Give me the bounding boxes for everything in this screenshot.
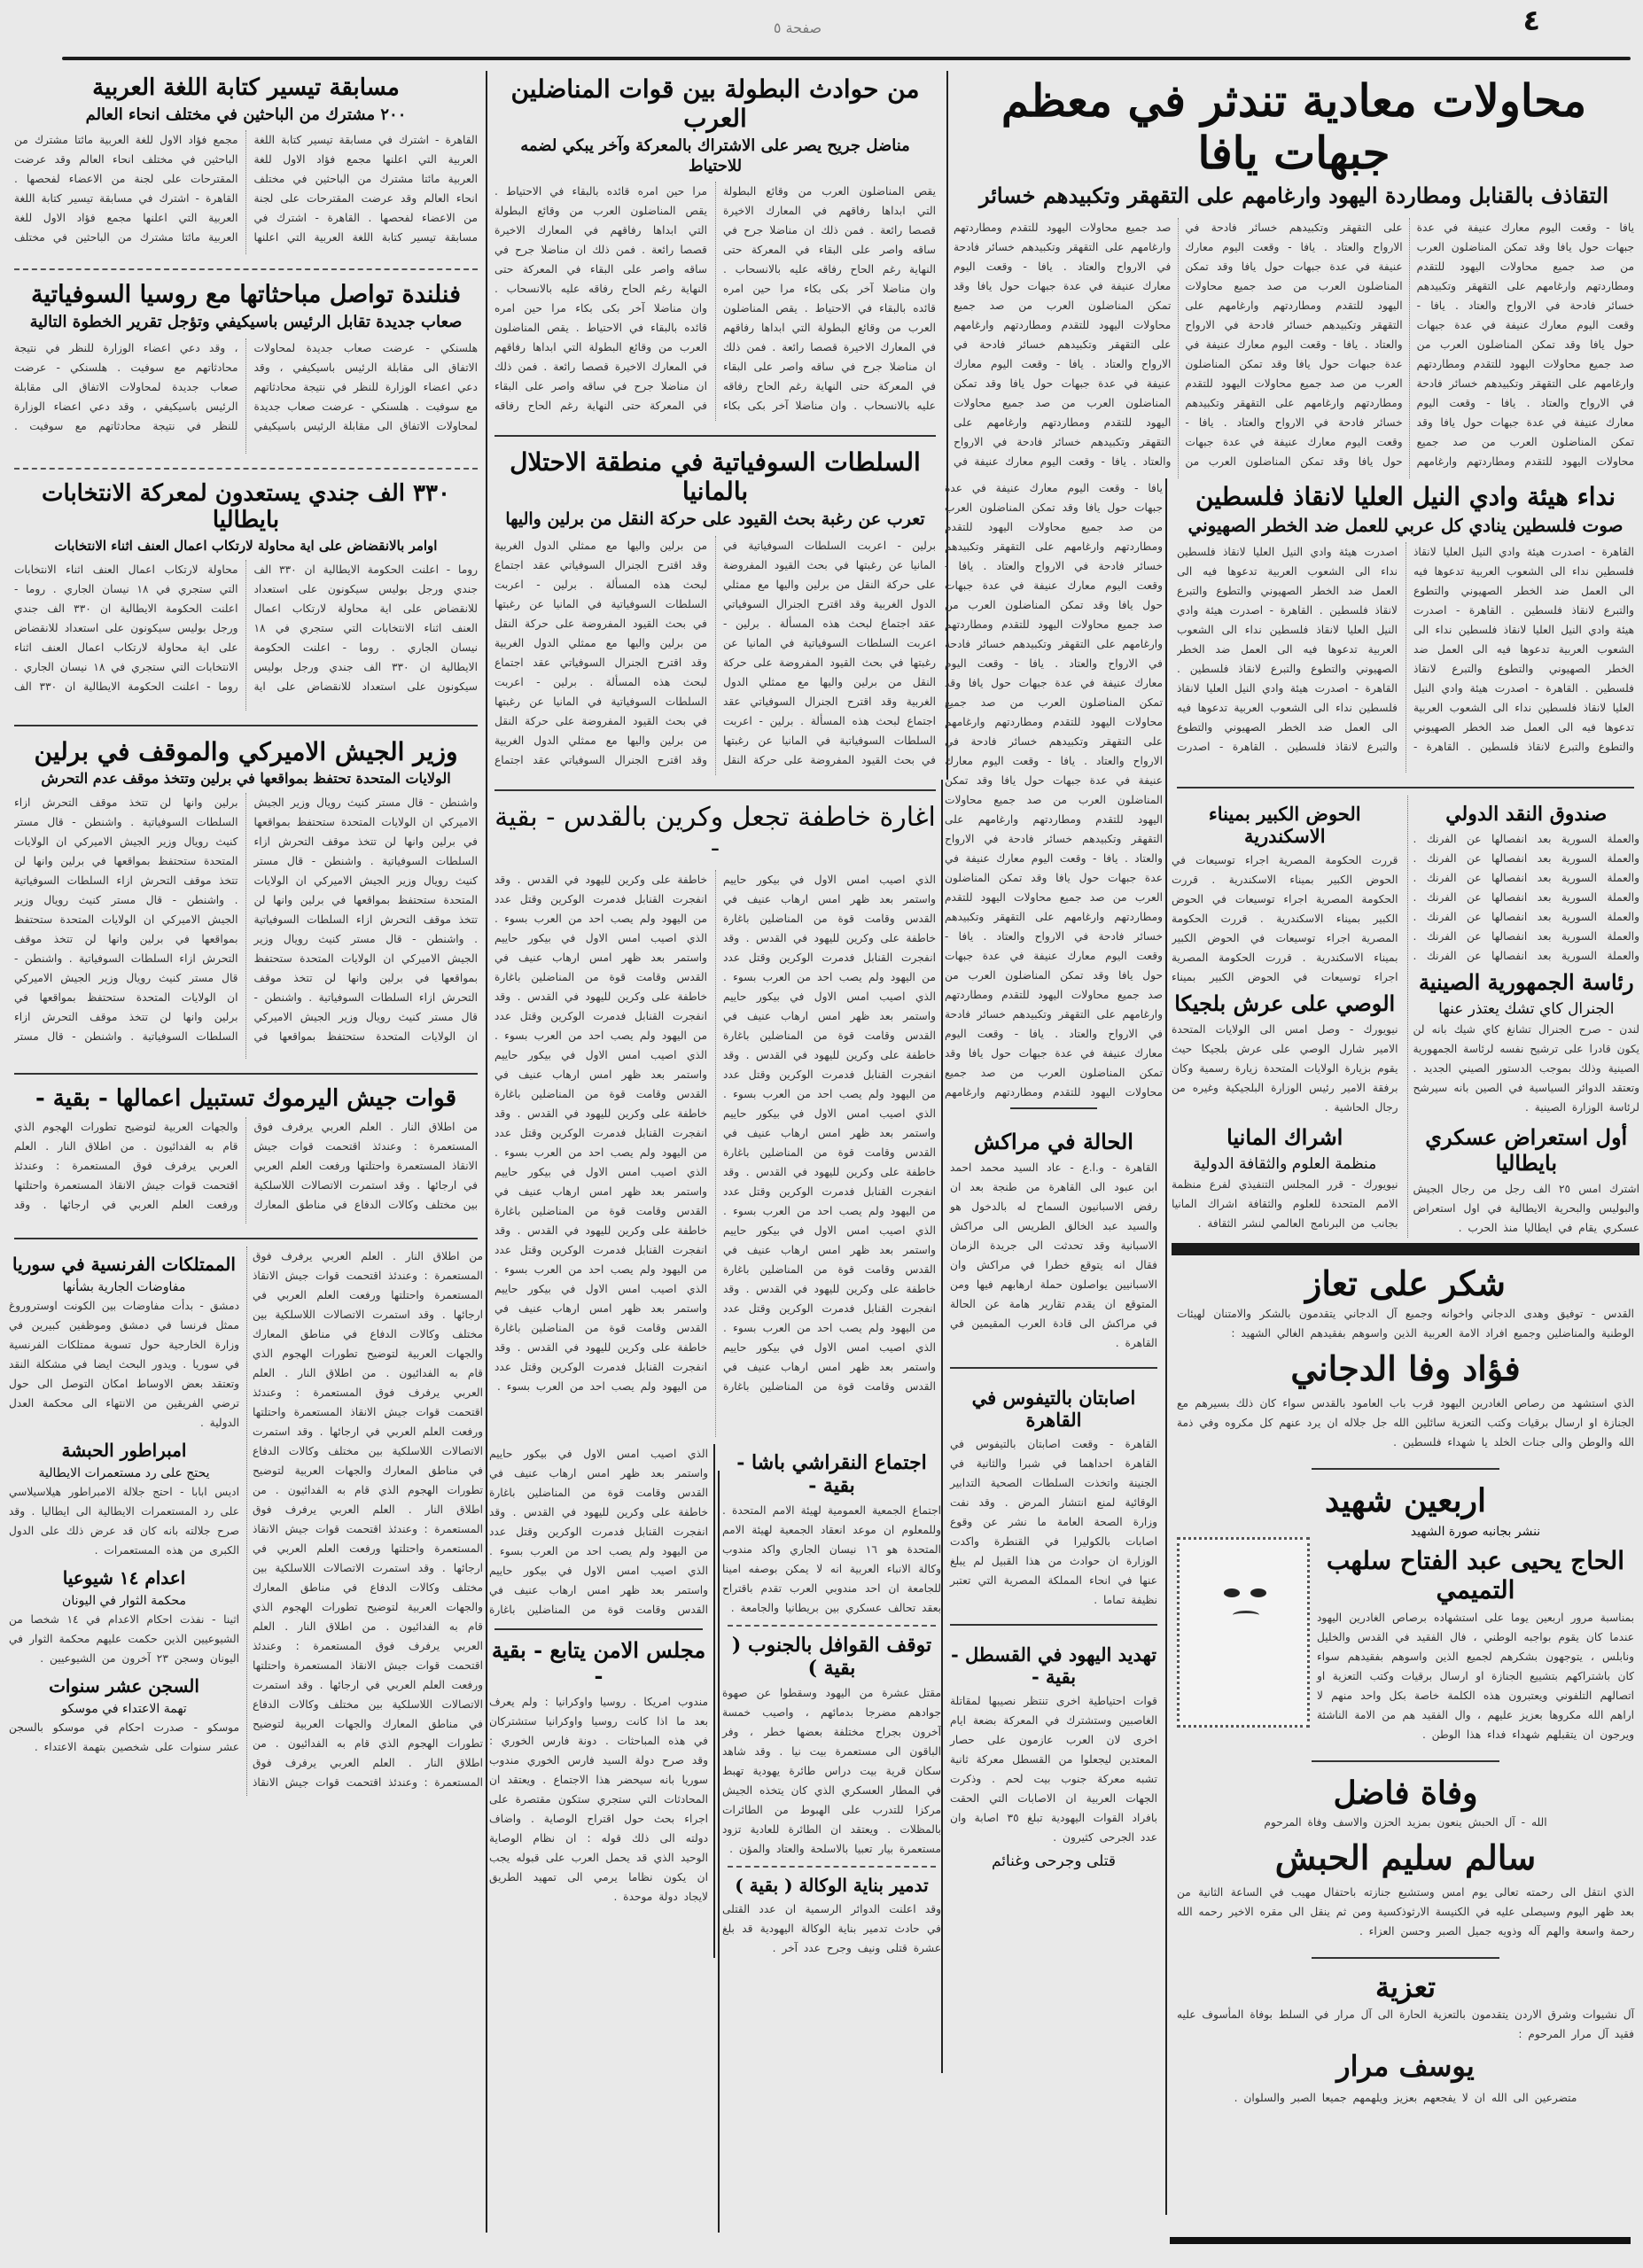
- ethiopia-subheadline: يحتج على رد مستعمرات الايطالية: [9, 1466, 239, 1480]
- article-finland: فنلندة تواصل مباحثاتها مع روسيا السوفيات…: [9, 277, 483, 460]
- china-subheadline: الجنرال كاي تشك يعتذر عنها: [1413, 1000, 1640, 1018]
- agency-body: وقد اعلنت الدوائر الرسمية ان عدد القتلى …: [722, 1899, 941, 1958]
- lead-continuation-body: يافا - وقعت اليوم معارك عنيفة في عدة جبه…: [945, 478, 1163, 1099]
- middle-column: من حوادث البطولة بين قوات المناضلين العر…: [489, 71, 941, 2233]
- notice-divider-bar: [1172, 1243, 1639, 1255]
- article-convoys: توقف القوافل بالجنوب ( بقية ) مقتل عشرة …: [722, 1634, 941, 1859]
- divider: [1312, 1760, 1499, 1762]
- heroism-body: يقص المناضلون العرب من وقائع البطولة الت…: [494, 182, 936, 421]
- nuqrashi-headline: اجتماع النقراشي باشا - بقية -: [722, 1451, 941, 1497]
- writing-body: القاهرة - اشترك في مسابقة تيسير كتابة ال…: [14, 130, 478, 254]
- article-nile-appeal: نداء هيئة وادي النيل العليا لانقاذ فلسطي…: [1172, 478, 1639, 780]
- marrakesh-headline: الحالة في مراكش: [950, 1129, 1157, 1154]
- divider: [728, 1866, 936, 1868]
- article-ten-years: السجن عشر سنوات تهمة الاعتداء في موسكو م…: [9, 1675, 239, 1757]
- article-security-council: مجلس الامن يتابع - بقية - مندوب امريكا .…: [489, 1637, 708, 1907]
- berlin-subheadline: الولايات المتحدة تحتفظ بمواقعها في برلين…: [14, 770, 478, 788]
- germany-subheadline: منظمة العلوم والثقافة الدولية: [1172, 1155, 1398, 1173]
- divider: [1010, 1107, 1097, 1109]
- article-executions: اعدام ١٤ شيوعيا محكمة الثوار في اليونان …: [9, 1567, 239, 1668]
- death-headline: وفاة فاضل: [1177, 1775, 1634, 1812]
- ten-years-subheadline: تهمة الاعتداء في موسكو: [9, 1702, 239, 1716]
- right-lead-column: محاولات معادية تندثر في معظم جبهات يافا …: [948, 71, 1639, 478]
- finland-headline: فنلندة تواصل مباحثاتها مع روسيا السوفيات…: [14, 281, 478, 309]
- executions-headline: اعدام ١٤ شيوعيا: [9, 1567, 239, 1588]
- bottom-rule: [1170, 2237, 1631, 2244]
- parade-body: اشترك امس ٢٥ الف رجل من رجال الجيش والبو…: [1413, 1179, 1640, 1238]
- divider: [950, 1624, 1157, 1626]
- masthead-rule: [62, 57, 1631, 60]
- berlin-body: واشنطن - قال مستر كنيث رويال وزير الجيش …: [14, 793, 478, 1059]
- elections-body: روما - اعلنت الحكومة الايطالية ان ٣٣٠ ال…: [14, 560, 478, 711]
- death-name: سالم سليم الحبش: [1177, 1837, 1634, 1877]
- divider: [494, 789, 936, 791]
- berlin-headline: وزير الجيش الاميركي والموقف في برلين: [14, 737, 478, 766]
- middle-lower-grid: اجتماع النقراشي باشا - بقية - اجتماع الج…: [489, 1444, 941, 1958]
- china-body: لندن - صرح الجنرال تشانغ كاي شيك بانه لن…: [1413, 1020, 1640, 1117]
- short-news-grid: صندوق النقد الدولي والعملة السورية بعد ا…: [1172, 796, 1639, 1238]
- qastal-body: قوات احتياطية اخرى تنتظر نصيبها لمقاتلة …: [950, 1691, 1157, 1847]
- condolence-name: يوسف مرار: [1177, 2049, 1634, 2083]
- article-heroism: من حوادث البطولة بين قوات المناضلين العر…: [489, 71, 941, 428]
- death-intro: الله - آل الحبش ينعون بمزيد الحزن والاسف…: [1177, 1813, 1634, 1832]
- germany-body: نيويورك - قرر المجلس التنفيذي لفرع منظمة…: [1172, 1175, 1398, 1233]
- nile-headline: نداء هيئة وادي النيل العليا لانقاذ فلسطي…: [1177, 482, 1634, 511]
- nuqrashi-body: اجتماع الجمعية العمومية لهيئة الامم المت…: [722, 1501, 941, 1618]
- marrakesh-body: القاهرة - و.ا.ع - عاد السيد محمد احمد اب…: [950, 1158, 1157, 1353]
- soviet-body: برلين - اعربت السلطات السوفياتية في الما…: [494, 536, 936, 775]
- qastal-subheadline: قتلى وجرحى وغنائم: [950, 1852, 1157, 1870]
- executions-body: اثينا - نفذت احكام الاعدام في ١٤ شخصا من…: [9, 1610, 239, 1668]
- corner-mark: ٤: [1522, 4, 1540, 37]
- article-arabic-writing: مسابقة تيسير كتابة اللغة العربية ٢٠٠ مشت…: [9, 71, 483, 261]
- notice-forty-martyr: اربعين شهيد ننشر بجانبه صورة الشهيد الحا…: [1172, 1479, 1639, 1751]
- divider: [14, 468, 478, 470]
- article-marrakesh: الحالة في مراكش القاهرة - و.ا.ع - عاد ال…: [945, 1118, 1163, 1360]
- middle-lower-col-a: اجتماع النقراشي باشا - بقية - اجتماع الج…: [722, 1444, 941, 1958]
- article-belgium-regent: الوصي على عرش بلجيكا نيويورك - وصل امس ا…: [1172, 990, 1398, 1117]
- ethiopia-body: اديس ابابا - احتج جلالة الامبراطور هيلاس…: [9, 1482, 239, 1560]
- thanks-body: الذي استشهد من رصاص الغادرين اليهود قرب …: [1177, 1394, 1634, 1452]
- ten-years-body: موسكو - صدرت احكام في موسكو بالسجن عشر س…: [9, 1718, 239, 1757]
- article-french-property: الممتلكات الفرنسية في سوريا مفاوضات الجا…: [9, 1254, 239, 1433]
- article-nuqrashi: اجتماع النقراشي باشا - بقية - اجتماع الج…: [722, 1451, 941, 1618]
- divider: [14, 1238, 478, 1239]
- yarmouk-body: من اطلاق النار . العلم العربي يرفرف فوق …: [14, 1117, 478, 1223]
- property-subheadline: مفاوضات الجارية بشأنها: [9, 1280, 239, 1294]
- yarmouk-headline: قوات جيش اليرموك تستبيل اعمالها - بقية -: [14, 1085, 478, 1113]
- notice-thanks: شكر على تعاز القدس - توفيق وهدى الدجاني …: [1172, 1261, 1639, 1459]
- column-divider: [941, 780, 943, 2073]
- security-body: مندوب امريكا . روسيا واوكرانيا : ولم يعر…: [489, 1692, 708, 1907]
- alexandria-body: قررت الحكومة المصرية اجراء توسيعات في ال…: [1172, 850, 1398, 983]
- article-us-army-berlin: وزير الجيش الاميركي والموقف في برلين الو…: [9, 734, 483, 1066]
- convoys-headline: توقف القوافل بالجنوب ( بقية ): [722, 1634, 941, 1680]
- martyr-headline: اربعين شهيد: [1177, 1482, 1634, 1519]
- writing-subheadline: ٢٠٠ مشترك من الباحثين في مختلف انحاء الع…: [14, 105, 478, 126]
- article-typhus: اصابتان بالتيفوس في القاهرة القاهرة - وق…: [945, 1376, 1163, 1617]
- yarmouk-continuation: من اطلاق النار . العلم العربي يرفرف فوق …: [253, 1247, 483, 1796]
- article-germany-participation: اشراك المانيا منظمة العلوم والثقافة الدو…: [1172, 1124, 1398, 1233]
- alexandria-headline: الحوض الكبير بميناء الاسكندرية: [1172, 803, 1398, 847]
- ten-years-headline: السجن عشر سنوات: [9, 1675, 239, 1697]
- convoys-body: مقتل عشرة من اليهود وسقطوا عن صهوة جواده…: [722, 1683, 941, 1859]
- heroism-headline: من حوادث البطولة بين قوات المناضلين العر…: [494, 74, 936, 133]
- finland-body: هلسنكي - عرضت صعاب جديدة لمحاولات الاتفا…: [14, 338, 478, 454]
- narrow-column: يافا - وقعت اليوم معارك عنيفة في عدة جبه…: [945, 478, 1163, 2233]
- property-headline: الممتلكات الفرنسية في سوريا: [9, 1254, 239, 1275]
- divider: [14, 1073, 478, 1075]
- thanks-intro: القدس - توفيق وهدى الدجاني واخوانه وجميع…: [1177, 1304, 1634, 1343]
- soviet-headline: السلطات السوفياتية في منطقة الاحتلال بال…: [494, 447, 936, 506]
- germany-headline: اشراك المانيا: [1172, 1124, 1398, 1150]
- condolence-body: متضرعين الى الله ان لا يفجعهم بعزيز ويله…: [1177, 2088, 1634, 2108]
- condolence-headline: تعزية: [1177, 1971, 1634, 2005]
- short-news-col-b: الحوض الكبير بميناء الاسكندرية قررت الحك…: [1172, 796, 1398, 1238]
- nile-subheadline: صوت فلسطين ينادي كل عربي للعمل ضد الخطر …: [1177, 515, 1634, 537]
- column-divider: [486, 71, 487, 2233]
- short-news-col-a: صندوق النقد الدولي والعملة السورية بعد ا…: [1407, 796, 1640, 1238]
- property-body: دمشق - بدأت مفاوضات بين الكونت اوستروروغ…: [9, 1296, 239, 1433]
- belgium-headline: الوصي على عرش بلجيكا: [1172, 990, 1398, 1016]
- executions-subheadline: محكمة الثوار في اليونان: [9, 1594, 239, 1608]
- qastal-headline: تهديد اليهود في القسطل - بقية -: [950, 1643, 1157, 1688]
- condolence-intro: آل نشيوات وشرق الاردن يتقدمون بالتعزية ا…: [1177, 2005, 1634, 2044]
- article-imf: صندوق النقد الدولي والعملة السورية بعد ا…: [1413, 803, 1640, 962]
- belgium-body: نيويورك - وصل امس الى الولايات المتحدة ا…: [1172, 1020, 1398, 1117]
- writing-headline: مسابقة تيسير كتابة اللغة العربية: [14, 74, 478, 102]
- left-column: مسابقة تيسير كتابة اللغة العربية ٢٠٠ مشت…: [9, 71, 483, 2233]
- article-italy-elections: ٣٣٠ الف جندي يستعدون لمعركة الانتخابات ب…: [9, 477, 483, 718]
- lead-body: يافا - وقعت اليوم معارك عنيفة في عدة جبه…: [954, 218, 1634, 478]
- article-agency: تدمير بناية الوكالة ( بقية ) وقد اعلنت ا…: [722, 1875, 941, 1958]
- lead-subheadline: التقاذف بالقنابل ومطاردة اليهود وارغامهم…: [954, 183, 1634, 209]
- divider: [494, 1628, 703, 1630]
- imf-headline: صندوق النقد الدولي: [1413, 803, 1640, 826]
- article-ethiopia: امبراطور الحبشة يحتج على رد مستعمرات الا…: [9, 1440, 239, 1560]
- article-qastal: تهديد اليهود في القسطل - بقية - قوات احت…: [945, 1633, 1163, 1879]
- finland-subheadline: صعاب جديدة تقابل الرئيس باسيكيفي وتؤجل ت…: [14, 313, 478, 333]
- imf-body: والعملة السورية بعد انفصالها عن الفرنك .…: [1413, 829, 1640, 962]
- column-divider: [1165, 478, 1167, 2215]
- left-lower-grid: من اطلاق النار . العلم العربي يرفرف فوق …: [9, 1247, 483, 1796]
- article-jaffa-fronts: محاولات معادية تندثر في معظم جبهات يافا …: [948, 71, 1639, 478]
- divider: [1312, 1957, 1499, 1959]
- article-chinese-presidency: رئاسة الجمهورية الصينية الجنرال كاي تشك …: [1413, 969, 1640, 1117]
- parade-headline: أول استعراض عسكري بايطاليا: [1413, 1124, 1640, 1176]
- typhus-headline: اصابتان بالتيفوس في القاهرة: [950, 1386, 1157, 1431]
- page-number: صفحة ٥: [744, 19, 851, 36]
- article-alexandria: الحوض الكبير بميناء الاسكندرية قررت الحك…: [1172, 803, 1398, 983]
- middle-lower-col-b: الذي اصيب امس الاول في بيكور حاييم واستم…: [489, 1444, 715, 1958]
- notice-death: وفاة فاضل الله - آل الحبش ينعون بمزيد ال…: [1172, 1771, 1639, 1947]
- divider: [950, 1367, 1157, 1369]
- ethiopia-headline: امبراطور الحبشة: [9, 1440, 239, 1461]
- soviet-subheadline: تعرب عن رغبة بحث القيود على حركة النقل م…: [494, 509, 936, 531]
- nile-body: القاهرة - اصدرت هيئة وادي النيل العليا ل…: [1177, 542, 1634, 773]
- left-lower-col-b: الممتلكات الفرنسية في سوريا مفاوضات الجا…: [9, 1247, 239, 1796]
- raid-continuation: الذي اصيب امس الاول في بيكور حاييم واستم…: [489, 1444, 708, 1621]
- divider: [14, 725, 478, 726]
- article-yarmouk: قوات جيش اليرموك تستبيل اعمالها - بقية -…: [9, 1082, 483, 1231]
- lead-headline: محاولات معادية تندثر في معظم جبهات يافا: [954, 74, 1634, 179]
- article-jerusalem-raid: اغارة خاطفة تجعل وكرين بالقدس - بقية - ا…: [489, 798, 941, 1444]
- thanks-headline: شكر على تعاز: [1177, 1264, 1634, 1304]
- divider: [14, 268, 478, 270]
- thanks-name: فؤاد وفا الدجاني: [1177, 1348, 1634, 1388]
- security-headline: مجلس الامن يتابع - بقية -: [489, 1637, 708, 1689]
- china-headline: رئاسة الجمهورية الصينية: [1413, 969, 1640, 995]
- photo-mouth: [1233, 1611, 1259, 1619]
- martyr-photo: [1177, 1537, 1310, 1728]
- heroism-subheadline: مناضل جريح يصر على الاشتراك بالمعركة وآخ…: [494, 136, 936, 176]
- left-lower-col-a: من اطلاق النار . العلم العربي يرفرف فوق …: [246, 1247, 483, 1796]
- death-body: الذي انتقل الى رحمته تعالى يوم امس وستشي…: [1177, 1883, 1634, 1941]
- elections-headline: ٣٣٠ الف جندي يستعدون لمعركة الانتخابات ب…: [14, 480, 478, 534]
- divider: [728, 1625, 936, 1627]
- divider: [494, 435, 936, 437]
- divider: [1177, 787, 1634, 788]
- right-column: نداء هيئة وادي النيل العليا لانقاذ فلسطي…: [1172, 478, 1639, 2233]
- photo-eye: [1224, 1588, 1240, 1597]
- agency-headline: تدمير بناية الوكالة ( بقية ): [722, 1875, 941, 1896]
- photo-eye: [1250, 1588, 1266, 1597]
- typhus-body: القاهرة - وقعت اصابتان بالتيفوس في القاه…: [950, 1434, 1157, 1610]
- notice-condolence: تعزية آل نشيوات وشرق الاردن يتقدمون بالت…: [1172, 1968, 1639, 2115]
- elections-subheadline: اوامر بالانقضاض على اية محاولة لارتكاب ا…: [14, 538, 478, 555]
- article-italy-parade: أول استعراض عسكري بايطاليا اشترك امس ٢٥ …: [1413, 1124, 1640, 1238]
- raid-body: الذي اصيب امس الاول في بيكور حاييم واستم…: [494, 870, 936, 1437]
- divider: [1312, 1468, 1499, 1470]
- raid-headline: اغارة خاطفة تجعل وكرين بالقدس - بقية -: [494, 802, 936, 865]
- article-soviet-germany: السلطات السوفياتية في منطقة الاحتلال بال…: [489, 444, 941, 782]
